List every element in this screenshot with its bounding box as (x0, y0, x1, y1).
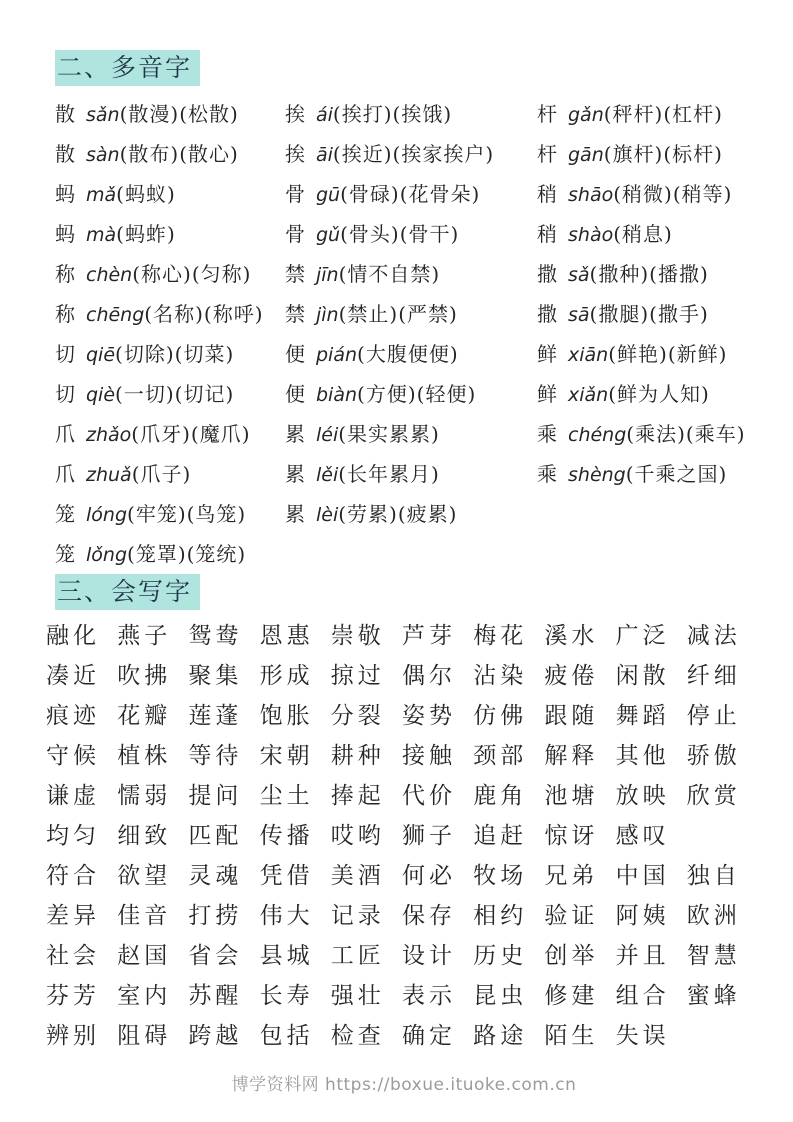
word-item: 中国 (616, 856, 687, 896)
word-item: 疲倦 (544, 656, 615, 696)
polyphonic-pinyin: sàn (86, 144, 120, 166)
word-item: 智慧 (687, 936, 758, 976)
word-item: 分裂 (331, 696, 402, 736)
word-grid: 融化 燕子 鸳鸯 恩惠 崇敬 芦芽 梅花 溪水 广泛 减法 (46, 616, 758, 1056)
word-item: 恩惠 (260, 616, 331, 656)
polyphonic-char: 爪 (55, 422, 77, 446)
word-item: 沾染 (473, 656, 544, 696)
polyphonic-char: 乘 (537, 422, 559, 446)
word-row: 符合 欲望 灵魂 凭借 美酒 何必 牧场 兄弟 中国 独自 (46, 856, 758, 896)
word-item: 燕子 (117, 616, 188, 656)
word-item: 等待 (188, 736, 259, 776)
polyphonic-char: 挨 (285, 102, 307, 126)
polyphonic-example-words: (稍微)(稍等) (613, 182, 732, 206)
word-item: 植株 (117, 736, 188, 776)
polyphonic-example-words: (蚂蚁) (116, 182, 176, 206)
section-heading-polyphonic: 二、多音字 (55, 50, 200, 86)
word-item: 芬芳 (46, 976, 117, 1016)
polyphonic-example-words: (大腹便便) (357, 342, 459, 366)
polyphonic-column: 散sǎn(散漫)(松散) 散sàn(散布)(散心) 蚂mǎ(蚂蚁) 蚂mà(蚂蚱… (55, 94, 285, 574)
word-item: 昆虫 (473, 976, 544, 1016)
polyphonic-example-words: (蚂蚱) (116, 222, 176, 246)
polyphonic-pinyin: lěi (316, 464, 338, 486)
polyphonic-char: 蚂 (55, 182, 77, 206)
word-row: 差异 佳音 打捞 伟大 记录 保存 相约 验证 阿姨 欧洲 (46, 896, 758, 936)
polyphonic-char: 称 (55, 262, 77, 286)
word-item: 鹿角 (473, 776, 544, 816)
polyphonic-char: 鲜 (537, 382, 559, 406)
word-item: 掠过 (331, 656, 402, 696)
polyphonic-pinyin: chēng (86, 304, 144, 326)
footer-text: 博学资料网 https://boxue.ituoke.com.cn (232, 1075, 577, 1095)
polyphonic-example-words: (挨打)(挨饿) (333, 102, 452, 126)
polyphonic-entry: 称chèn(称心)(匀称) (55, 254, 285, 294)
word-item: 鸳鸯 (188, 616, 259, 656)
polyphonic-entry: 撒sā(撒腿)(撒手) (537, 294, 753, 334)
word-item: 懦弱 (117, 776, 188, 816)
word-item: 省会 (188, 936, 259, 976)
polyphonic-example-words: (鲜艳)(新鲜) (608, 342, 727, 366)
section-heading-writing-label: 三、会写字 (57, 577, 192, 606)
polyphonic-pinyin: lèi (316, 504, 338, 526)
word-item: 差异 (46, 896, 117, 936)
polyphonic-example-words: (情不自禁) (339, 262, 441, 286)
word-item: 佳音 (117, 896, 188, 936)
word-item: 聚集 (188, 656, 259, 696)
word-item: 并且 (616, 936, 687, 976)
polyphonic-entry: 撒sǎ(撒种)(播撒) (537, 254, 753, 294)
word-item: 耕种 (331, 736, 402, 776)
word-item: 失误 (616, 1016, 687, 1056)
word-item: 提问 (188, 776, 259, 816)
polyphonic-char: 便 (285, 342, 307, 366)
polyphonic-example-words: (方便)(轻便) (357, 382, 476, 406)
polyphonic-entry: 挨āi(挨近)(挨家挨户) (285, 134, 537, 174)
word-item: 纤细 (687, 656, 758, 696)
word-item: 颈部 (473, 736, 544, 776)
polyphonic-pinyin: mà (86, 224, 116, 246)
polyphonic-pinyin: shèng (568, 464, 626, 486)
polyphonic-pinyin: sǎn (86, 104, 120, 126)
polyphonic-example-words: (切除)(切菜) (115, 342, 234, 366)
word-item: 欣赏 (687, 776, 758, 816)
word-item: 其他 (616, 736, 687, 776)
polyphonic-char: 骨 (285, 182, 307, 206)
word-item: 尘土 (260, 776, 331, 816)
word-item: 室内 (117, 976, 188, 1016)
polyphonic-pinyin: lǒng (86, 544, 127, 566)
polyphonic-char: 禁 (285, 302, 307, 326)
polyphonic-example-words: (千乘之国) (626, 462, 728, 486)
polyphonic-entry: 挨ái(挨打)(挨饿) (285, 94, 537, 134)
polyphonic-column: 挨ái(挨打)(挨饿) 挨āi(挨近)(挨家挨户) 骨gū(骨碌)(花骨朵) 骨… (285, 94, 537, 574)
polyphonic-pinyin: léi (316, 424, 338, 446)
word-item: 相约 (473, 896, 544, 936)
polyphonic-pinyin: chèn (86, 264, 132, 286)
word-item: 偶尔 (402, 656, 473, 696)
word-item: 保存 (402, 896, 473, 936)
word-item: 符合 (46, 856, 117, 896)
word-item: 验证 (544, 896, 615, 936)
word-item: 跟随 (544, 696, 615, 736)
polyphonic-pinyin: xiān (568, 344, 608, 366)
polyphonic-example-words: (笼罩)(笼统) (127, 542, 246, 566)
polyphonic-entry: 爪zhǎo(爪牙)(魔爪) (55, 414, 285, 454)
polyphonic-entry: 禁jìn(禁止)(严禁) (285, 294, 537, 334)
word-item: 强壮 (331, 976, 402, 1016)
polyphonic-char: 散 (55, 142, 77, 166)
word-item: 辨别 (46, 1016, 117, 1056)
polyphonic-entry: 笼lóng(牢笼)(鸟笼) (55, 494, 285, 534)
word-row: 辨别 阻碍 跨越 包括 检查 确定 路途 陌生 失误 (46, 1016, 758, 1056)
word-item: 哎哟 (331, 816, 402, 856)
word-item: 设计 (402, 936, 473, 976)
word-item: 解释 (544, 736, 615, 776)
polyphonic-example-words: (一切)(切记) (115, 382, 234, 406)
polyphonic-char: 散 (55, 102, 77, 126)
polyphonic-entry: 便pián(大腹便便) (285, 334, 537, 374)
word-item: 社会 (46, 936, 117, 976)
word-item: 伟大 (260, 896, 331, 936)
word-item: 打捞 (188, 896, 259, 936)
word-item: 表示 (402, 976, 473, 1016)
polyphonic-char: 累 (285, 462, 307, 486)
polyphonic-entry: 散sàn(散布)(散心) (55, 134, 285, 174)
polyphonic-char: 鲜 (537, 342, 559, 366)
polyphonic-char: 稍 (537, 182, 559, 206)
word-item: 欧洲 (687, 896, 758, 936)
word-item: 骄傲 (687, 736, 758, 776)
polyphonic-entry: 骨gū(骨碌)(花骨朵) (285, 174, 537, 214)
polyphonic-entry: 蚂mà(蚂蚱) (55, 214, 285, 254)
word-item: 崇敬 (331, 616, 402, 656)
polyphonic-pinyin: gǎn (568, 104, 604, 126)
polyphonic-pinyin: zhuǎ (86, 464, 132, 486)
word-item: 修建 (544, 976, 615, 1016)
word-item: 放映 (616, 776, 687, 816)
polyphonic-pinyin: āi (316, 144, 333, 166)
polyphonic-pinyin: chéng (568, 424, 626, 446)
polyphonic-entry: 稍shāo(稍微)(稍等) (537, 174, 753, 214)
word-item: 苏醒 (188, 976, 259, 1016)
word-item: 广泛 (616, 616, 687, 656)
word-item: 谦虚 (46, 776, 117, 816)
polyphonic-example-words: (旗杆)(标杆) (604, 142, 723, 166)
polyphonic-char: 累 (285, 422, 307, 446)
polyphonic-entry: 称chēng(名称)(称呼) (55, 294, 285, 334)
polyphonic-example-words: (秤杆)(杠杆) (604, 102, 723, 126)
polyphonic-example-words: (散布)(散心) (120, 142, 239, 166)
polyphonic-entry: 乘shèng(千乘之国) (537, 454, 753, 494)
polyphonic-entry: 切qiē(切除)(切菜) (55, 334, 285, 374)
polyphonic-entry: 笼lǒng(笼罩)(笼统) (55, 534, 285, 574)
polyphonic-char: 便 (285, 382, 307, 406)
word-item: 记录 (331, 896, 402, 936)
word-item: 溪水 (544, 616, 615, 656)
polyphonic-example-words: (果实累累) (338, 422, 440, 446)
word-item: 独自 (687, 856, 758, 896)
word-item: 组合 (616, 976, 687, 1016)
word-item: 历史 (473, 936, 544, 976)
word-item: 牧场 (473, 856, 544, 896)
word-row: 痕迹 花瓣 莲蓬 饱胀 分裂 姿势 仿佛 跟随 舞蹈 停止 (46, 696, 758, 736)
polyphonic-example-words: (稍息) (613, 222, 673, 246)
word-item: 形成 (260, 656, 331, 696)
polyphonic-example-words: (劳累)(疲累) (338, 502, 457, 526)
polyphonic-pinyin: ái (316, 104, 333, 126)
word-item: 代价 (402, 776, 473, 816)
document: 二、多音字 散sǎn(散漫)(松散) 散sàn(散布)(散心) 蚂mǎ(蚂蚁) … (0, 0, 793, 1122)
word-row: 凑近 吹拂 聚集 形成 掠过 偶尔 沾染 疲倦 闲散 纤细 (46, 656, 758, 696)
polyphonic-char: 爪 (55, 462, 77, 486)
polyphonic-char: 笼 (55, 502, 77, 526)
polyphonic-example-words: (乘法)(乘车) (626, 422, 745, 446)
polyphonic-pinyin: mǎ (86, 184, 116, 206)
word-item: 接触 (402, 736, 473, 776)
word-item: 阻碍 (117, 1016, 188, 1056)
word-item: 县城 (260, 936, 331, 976)
polyphonic-example-words: (骨碌)(花骨朵) (340, 182, 480, 206)
word-row: 谦虚 懦弱 提问 尘土 捧起 代价 鹿角 池塘 放映 欣赏 (46, 776, 758, 816)
polyphonic-example-words: (爪牙)(魔爪) (131, 422, 250, 446)
polyphonic-char: 撒 (537, 262, 559, 286)
polyphonic-char: 挨 (285, 142, 307, 166)
word-item: 饱胀 (260, 696, 331, 736)
word-row: 芬芳 室内 苏醒 长寿 强壮 表示 昆虫 修建 组合 蜜蜂 (46, 976, 758, 1016)
polyphonic-char: 切 (55, 342, 77, 366)
word-row: 社会 赵国 省会 县城 工匠 设计 历史 创举 并且 智慧 (46, 936, 758, 976)
polyphonic-entry: 切qiè(一切)(切记) (55, 374, 285, 414)
word-item: 仿佛 (473, 696, 544, 736)
word-item: 欲望 (117, 856, 188, 896)
word-item: 陌生 (544, 1016, 615, 1056)
word-item: 包括 (260, 1016, 331, 1056)
word-item: 灵魂 (188, 856, 259, 896)
polyphonic-pinyin: gū (316, 184, 340, 206)
polyphonic-pinyin: sā (568, 304, 590, 326)
word-item: 蜜蜂 (687, 976, 758, 1016)
section-heading-writing: 三、会写字 (55, 574, 200, 610)
polyphonic-pinyin: gān (568, 144, 604, 166)
polyphonic-example-words: (骨头)(骨干) (340, 222, 459, 246)
polyphonic-char: 撒 (537, 302, 559, 326)
page: { "colors": { "heading_highlight": "#b0e… (0, 0, 793, 1122)
polyphonic-char: 乘 (537, 462, 559, 486)
word-row: 融化 燕子 鸳鸯 恩惠 崇敬 芦芽 梅花 溪水 广泛 减法 (46, 616, 758, 656)
polyphonic-entry: 累lěi(长年累月) (285, 454, 537, 494)
footer: 博学资料网 https://boxue.ituoke.com.cn (55, 1070, 753, 1095)
polyphonic-example-words: (爪子) (132, 462, 192, 486)
word-item: 痕迹 (46, 696, 117, 736)
word-item: 停止 (687, 696, 758, 736)
word-item: 兄弟 (544, 856, 615, 896)
word-item: 检查 (331, 1016, 402, 1056)
word-item: 捧起 (331, 776, 402, 816)
polyphonic-pinyin: sǎ (568, 264, 590, 286)
polyphonic-pinyin: shào (568, 224, 613, 246)
polyphonic-example-words: (名称)(称呼) (144, 302, 263, 326)
polyphonic-pinyin: shāo (568, 184, 613, 206)
word-item: 工匠 (331, 936, 402, 976)
word-item: 闲散 (616, 656, 687, 696)
polyphonic-example-words: (长年累月) (338, 462, 440, 486)
word-item: 舞蹈 (616, 696, 687, 736)
polyphonic-pinyin: zhǎo (86, 424, 131, 446)
polyphonic-char: 禁 (285, 262, 307, 286)
polyphonic-char: 笼 (55, 542, 77, 566)
polyphonic-entry: 鲜xiǎn(鲜为人知) (537, 374, 753, 414)
word-item: 追赶 (473, 816, 544, 856)
polyphonic-entry: 稍shào(稍息) (537, 214, 753, 254)
polyphonic-char: 杆 (537, 102, 559, 126)
polyphonic-char: 累 (285, 502, 307, 526)
polyphonic-entry: 累léi(果实累累) (285, 414, 537, 454)
polyphonic-example-words: (散漫)(松散) (120, 102, 239, 126)
polyphonic-example-words: (称心)(匀称) (132, 262, 251, 286)
polyphonic-entry: 便biàn(方便)(轻便) (285, 374, 537, 414)
polyphonic-char: 稍 (537, 222, 559, 246)
word-item: 细致 (117, 816, 188, 856)
polyphonic-table: 散sǎn(散漫)(松散) 散sàn(散布)(散心) 蚂mǎ(蚂蚁) 蚂mà(蚂蚱… (55, 94, 753, 574)
word-item: 均匀 (46, 816, 117, 856)
word-item: 匹配 (188, 816, 259, 856)
polyphonic-example-words: (撒腿)(撒手) (590, 302, 709, 326)
polyphonic-char: 称 (55, 302, 77, 326)
word-item: 池塘 (544, 776, 615, 816)
word-item: 狮子 (402, 816, 473, 856)
polyphonic-entry: 爪zhuǎ(爪子) (55, 454, 285, 494)
polyphonic-char: 蚂 (55, 222, 77, 246)
word-item: 路途 (473, 1016, 544, 1056)
word-item: 宋朝 (260, 736, 331, 776)
word-item: 创举 (544, 936, 615, 976)
word-item: 传播 (260, 816, 331, 856)
polyphonic-char: 骨 (285, 222, 307, 246)
word-row: 均匀 细致 匹配 传播 哎哟 狮子 追赶 惊讶 感叹 (46, 816, 758, 856)
word-item: 花瓣 (117, 696, 188, 736)
polyphonic-example-words: (挨近)(挨家挨户) (333, 142, 494, 166)
section-heading-polyphonic-label: 二、多音字 (57, 53, 192, 82)
word-item: 赵国 (117, 936, 188, 976)
polyphonic-char: 切 (55, 382, 77, 406)
polyphonic-pinyin: gǔ (316, 224, 340, 246)
word-item: 守候 (46, 736, 117, 776)
word-item: 姿势 (402, 696, 473, 736)
polyphonic-entry: 鲜xiān(鲜艳)(新鲜) (537, 334, 753, 374)
word-item: 确定 (402, 1016, 473, 1056)
polyphonic-entry: 散sǎn(散漫)(松散) (55, 94, 285, 134)
polyphonic-entry: 杆gān(旗杆)(标杆) (537, 134, 753, 174)
polyphonic-pinyin: biàn (316, 384, 357, 406)
polyphonic-pinyin: jìn (316, 304, 339, 326)
word-row: 守候 植株 等待 宋朝 耕种 接触 颈部 解释 其他 骄傲 (46, 736, 758, 776)
word-item: 梅花 (473, 616, 544, 656)
polyphonic-pinyin: qiè (86, 384, 115, 406)
polyphonic-entry: 禁jīn(情不自禁) (285, 254, 537, 294)
polyphonic-pinyin: pián (316, 344, 357, 366)
polyphonic-entry: 杆gǎn(秤杆)(杠杆) (537, 94, 753, 134)
polyphonic-char: 杆 (537, 142, 559, 166)
polyphonic-entry: 乘chéng(乘法)(乘车) (537, 414, 753, 454)
polyphonic-pinyin: lóng (86, 504, 127, 526)
polyphonic-example-words: (牢笼)(鸟笼) (127, 502, 246, 526)
word-item: 长寿 (260, 976, 331, 1016)
word-item: 美酒 (331, 856, 402, 896)
word-item: 跨越 (188, 1016, 259, 1056)
polyphonic-entry: 骨gǔ(骨头)(骨干) (285, 214, 537, 254)
polyphonic-entry: 累lèi(劳累)(疲累) (285, 494, 537, 534)
word-item: 凑近 (46, 656, 117, 696)
polyphonic-example-words: (鲜为人知) (608, 382, 710, 406)
polyphonic-pinyin: qiē (86, 344, 115, 366)
word-item: 融化 (46, 616, 117, 656)
polyphonic-entry: 蚂mǎ(蚂蚁) (55, 174, 285, 214)
word-item: 吹拂 (117, 656, 188, 696)
word-item: 芦芽 (402, 616, 473, 656)
word-item: 减法 (687, 616, 758, 656)
polyphonic-pinyin: xiǎn (568, 384, 608, 406)
polyphonic-example-words: (撒种)(播撒) (590, 262, 709, 286)
word-item: 阿姨 (616, 896, 687, 936)
polyphonic-column: 杆gǎn(秤杆)(杠杆) 杆gān(旗杆)(标杆) 稍shāo(稍微)(稍等) … (537, 94, 753, 574)
word-item: 感叹 (616, 816, 687, 856)
polyphonic-example-words: (禁止)(严禁) (339, 302, 458, 326)
word-item: 何必 (402, 856, 473, 896)
word-item: 惊讶 (544, 816, 615, 856)
word-item: 莲蓬 (188, 696, 259, 736)
polyphonic-pinyin: jīn (316, 264, 339, 286)
word-item: 凭借 (260, 856, 331, 896)
